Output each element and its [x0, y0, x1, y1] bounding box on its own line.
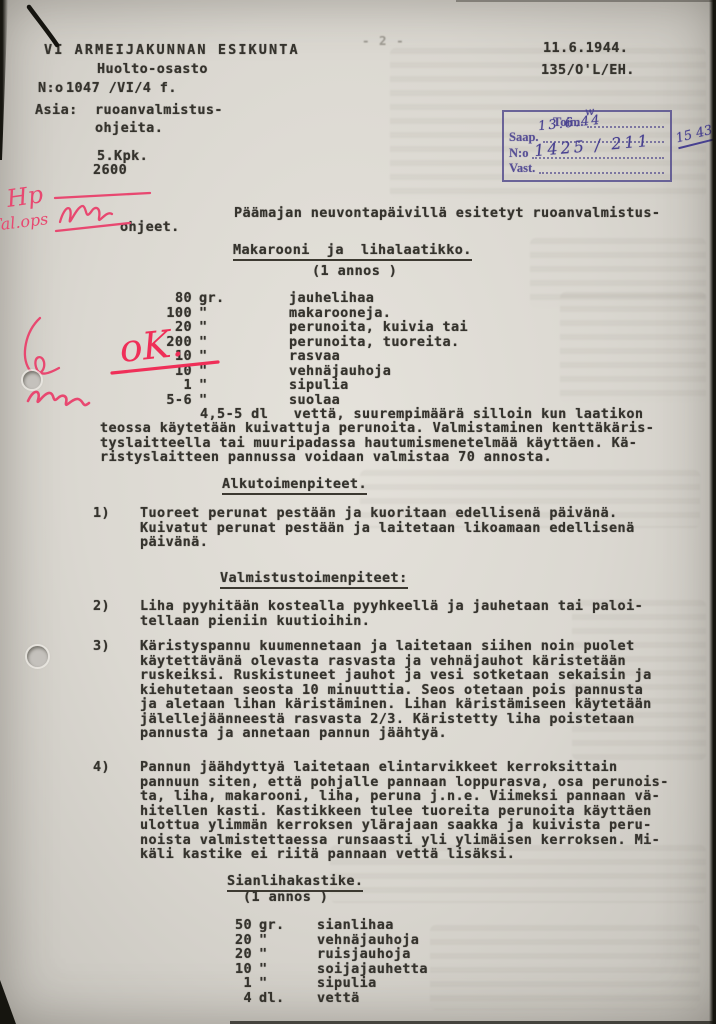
- step-number: 1): [93, 506, 140, 550]
- stamp-vast-label: Vast.: [509, 161, 535, 176]
- field-post-number: 2600: [93, 163, 127, 178]
- step-text: Pannun jäähdyttyä laitetaan elintarvikke…: [140, 760, 669, 862]
- ingredient-iname: sianlihaa: [317, 918, 394, 933]
- bleedthrough-text: [430, 925, 700, 1010]
- subject-line: Asia: ruoanvalmistus-: [35, 103, 223, 118]
- ingredient-row: 4dl.vettä: [200, 991, 428, 1006]
- prep-heading: Alkutoimenpiteet.: [222, 477, 367, 492]
- ingredient-unit: ": [252, 976, 317, 991]
- red-annotation-scribble: [28, 392, 89, 405]
- intro-line-2: ohjeet.: [120, 220, 180, 235]
- org-name: VI ARMEIJAKUNNAN ESIKUNTA: [44, 43, 300, 58]
- document-ref-number: 135/O'L/EH.: [541, 63, 635, 78]
- ingredient-iname: rasvaa: [289, 349, 340, 364]
- ingredient-qty: 50: [200, 918, 252, 933]
- ingredient-row: 10"vehnäjauhoja: [140, 364, 468, 379]
- ingredient-unit: ": [192, 393, 289, 408]
- ingredient-iname: perunoita, kuivia tai: [289, 320, 468, 335]
- ingredient-qty: 10: [140, 349, 192, 364]
- ingredient-iname: sipulia: [289, 378, 349, 393]
- ingredient-qty: 80: [140, 291, 192, 306]
- ingredient-qty: 20: [200, 947, 252, 962]
- step-number: 3): [93, 639, 140, 741]
- ingredient-row: 10"rasvaa: [140, 349, 468, 364]
- punch-hole: [27, 646, 48, 667]
- document-number-label: N:o: [38, 81, 66, 96]
- ingredient-row: 50gr.sianlihaa: [200, 918, 428, 933]
- ingredient-unit: ": [192, 335, 289, 350]
- recipe1-note: teossa käytetään kuivattuja perunoita. V…: [100, 421, 654, 465]
- ingredient-qty: 1: [200, 976, 252, 991]
- ingredient-unit: ": [252, 962, 317, 977]
- stamp-no-label: N:o: [509, 146, 528, 161]
- ingredient-qty: 10: [200, 962, 252, 977]
- subject-value-line1: ruoanvalmistus-: [95, 103, 223, 118]
- stamp-row-vast: Vast.: [509, 161, 665, 176]
- recipe1-ingredient-list: 80gr.jauhelihaa100"makarooneja.20"peruno…: [140, 291, 468, 407]
- document-number-line: N:o 1047 /VI/4 f.: [38, 81, 177, 96]
- step-text: Liha pyyhitään kostealla pyyhkeellä ja j…: [140, 599, 643, 628]
- ingredient-iname: soijajauhetta: [317, 962, 428, 977]
- step-number: 4): [93, 760, 140, 862]
- ingredient-unit: dl.: [252, 991, 317, 1006]
- ingredient-iname: sipulia: [317, 976, 377, 991]
- scan-corner-bottom-left: [0, 980, 16, 1024]
- red-annotation-hp: Hp: [4, 180, 45, 213]
- recipe2-ingredient-list: 50gr.sianlihaa20"vehnäjauhoja20"ruisjauh…: [200, 918, 428, 1005]
- recipe1-title: Makarooni ja lihalaatikko.: [233, 243, 472, 258]
- subject-label: Asia:: [35, 103, 95, 118]
- cook-step-4: 4)Pannun jäähdyttyä laitetaan elintarvik…: [93, 760, 669, 862]
- step-text: Tuoreet perunat pestään ja kuoritaan ede…: [140, 506, 635, 550]
- scan-edge-top: [456, 0, 716, 2]
- ingredient-unit: ": [192, 349, 289, 364]
- bleedthrough-text: [560, 292, 706, 402]
- ingredient-row: 1"sipulia: [200, 976, 428, 991]
- ingredient-iname: suolaa: [289, 393, 340, 408]
- step-number: 2): [93, 599, 140, 628]
- ingredient-row: 80gr.jauhelihaa: [140, 291, 468, 306]
- punch-hole: [23, 371, 41, 389]
- subject-value-line2: ohjeita.: [95, 121, 163, 136]
- ingredient-row: 20"ruisjauhoja: [200, 947, 428, 962]
- pen-slash-mark: [29, 7, 57, 45]
- ingredient-qty: 5-6: [140, 393, 192, 408]
- ingredient-unit: ": [192, 320, 289, 335]
- org-department: Huolto-osasto: [97, 62, 208, 77]
- red-annotation-dash: [55, 193, 150, 198]
- ingredient-iname: jauhelihaa: [289, 291, 374, 306]
- ingredient-qty: 200: [140, 335, 192, 350]
- ingredient-iname: perunoita, tuoreita.: [289, 335, 460, 350]
- stamp-dotted-line: [539, 172, 664, 174]
- red-annotation-flourish: [25, 318, 59, 374]
- ingredient-unit: ": [192, 378, 289, 393]
- ingredient-row: 1"sipulia: [140, 378, 468, 393]
- document-date: 11.6.1944.: [543, 41, 628, 56]
- ingredient-qty: 20: [200, 933, 252, 948]
- ingredient-unit: ": [252, 947, 317, 962]
- cook-heading: Valmistustoimenpiteet:: [220, 571, 408, 586]
- ingredient-iname: vettä: [317, 991, 360, 1006]
- scanned-document-page: - 2 - VI ARMEIJAKUNNAN ESIKUNTA Huolto-o…: [0, 0, 716, 1024]
- prep-step-1: 1)Tuoreet perunat pestään ja kuoritaan e…: [93, 506, 635, 550]
- ingredient-iname: vehnäjauhoja: [317, 933, 419, 948]
- cook-step-2: 2)Liha pyyhitään kostealla pyyhkeellä ja…: [93, 599, 643, 628]
- ingredient-iname: vehnäjauhoja: [289, 364, 391, 379]
- ingredient-qty: 1: [140, 378, 192, 393]
- ingredient-qty: 100: [140, 306, 192, 321]
- ingredient-row: 100"makarooneja.: [140, 306, 468, 321]
- red-annotation-signature: [60, 206, 112, 222]
- cook-step-3: 3)Käristyspannu kuumennetaan ja laitetaa…: [93, 639, 652, 741]
- ingredient-row: 10"soijajauhetta: [200, 962, 428, 977]
- scan-edge-right: [709, 0, 716, 1024]
- recipe1-portion: (1 annos ): [312, 264, 397, 279]
- intro-line-1: Päämajan neuvontapäivillä esitetyt ruoan…: [234, 206, 660, 221]
- ingredient-row: 200"perunoita, tuoreita.: [140, 335, 468, 350]
- scan-edge-left: [0, 0, 8, 160]
- red-annotation-signature-underline: [56, 223, 130, 231]
- ingredient-row: 20"vehnäjauhoja: [200, 933, 428, 948]
- bleedthrough-page-number: - 2 -: [362, 33, 405, 48]
- red-annotation-talops: Tal.ops: [0, 209, 49, 235]
- ingredient-unit: ": [192, 364, 289, 379]
- ingredient-iname: makarooneja.: [289, 306, 391, 321]
- ingredient-row: 5-6"suolaa: [140, 393, 468, 408]
- document-number-value: 1047 /VI/4 f.: [66, 81, 177, 96]
- ingredient-qty: 20: [140, 320, 192, 335]
- step-text: Käristyspannu kuumennetaan ja laitetaan …: [140, 639, 652, 741]
- recipe2-portion: (1 annos ): [243, 890, 328, 905]
- ingredient-iname: ruisjauhoja: [317, 947, 411, 962]
- ingredient-unit: ": [252, 933, 317, 948]
- ingredient-qty: 10: [140, 364, 192, 379]
- ingredient-unit: gr.: [192, 291, 289, 306]
- ingredient-unit: ": [192, 306, 289, 321]
- ingredient-qty: 4: [200, 991, 252, 1006]
- ingredient-row: 20"perunoita, kuivia tai: [140, 320, 468, 335]
- recipe2-title: Sianlihakastike.: [227, 874, 363, 889]
- ingredient-unit: gr.: [252, 918, 317, 933]
